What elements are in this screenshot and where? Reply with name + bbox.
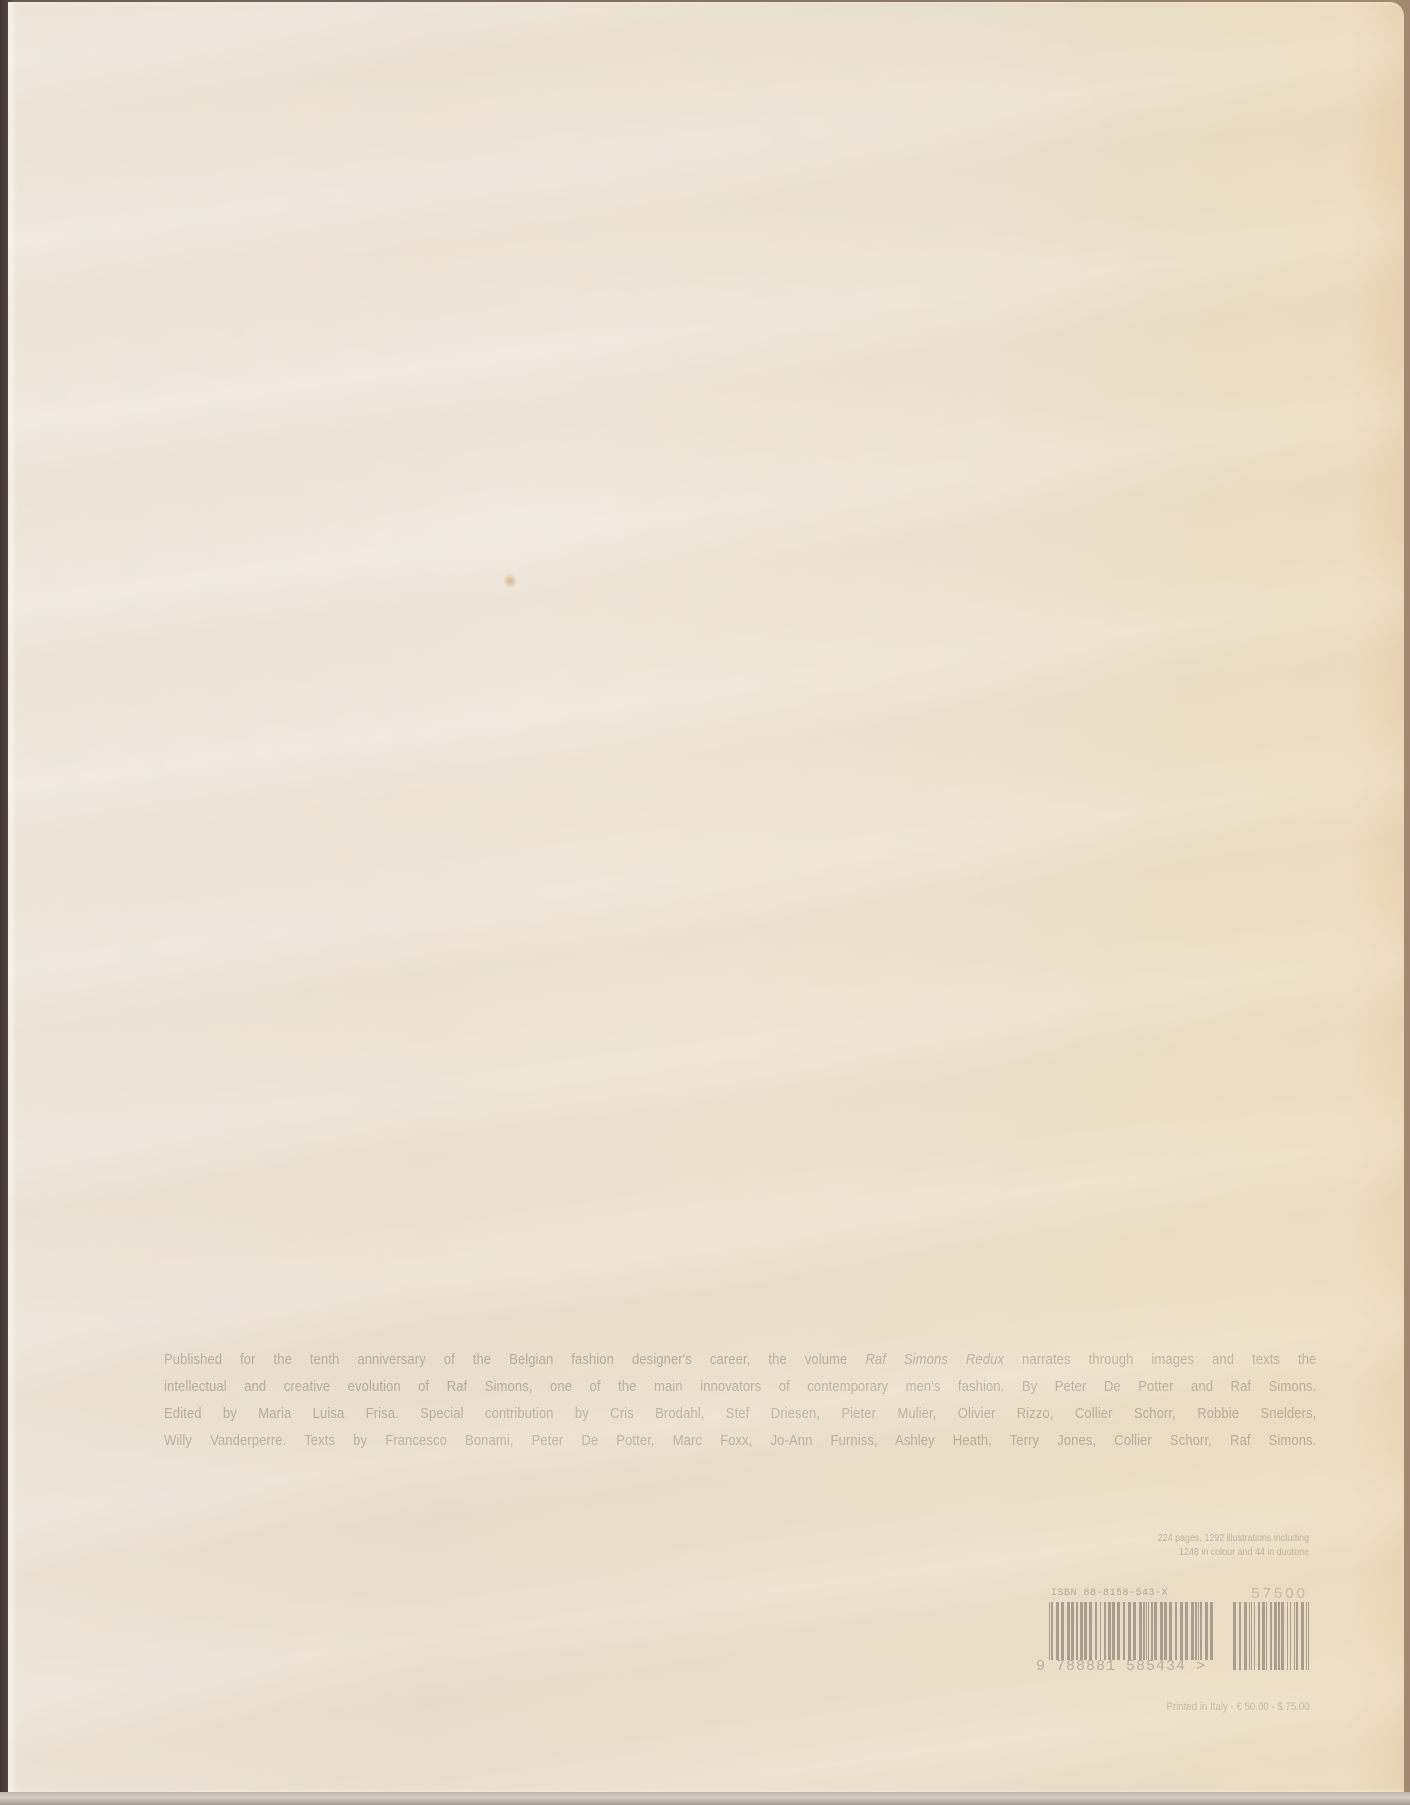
barcode-addon-icon [1233, 1602, 1309, 1670]
price-line: Printed in Italy - € 50.00 - $ 75.00 [1167, 1701, 1310, 1713]
barcode-icon [1049, 1602, 1214, 1660]
blurb-text: Published for the tenth anniversary of t… [164, 1346, 1316, 1454]
blurb-line-2: intellectual and creative evolution of R… [164, 1373, 1316, 1400]
barcode-block: ISBN 88-8158-543-X 57500 9 788881 585434… [1036, 1588, 1312, 1680]
blurb-line-1: Published for the tenth anniversary of t… [164, 1346, 1316, 1373]
book-bottom-edge [0, 1792, 1410, 1805]
blurb-line-3: Edited by Maria Luisa Frisa. Special con… [164, 1400, 1316, 1427]
blurb-line-4: Willy Vanderperre. Texts by Francesco Bo… [164, 1427, 1316, 1454]
specs-line-2: 1248 in colour and 44 in duotone [1158, 1545, 1309, 1559]
book-back-cover: Published for the tenth anniversary of t… [8, 2, 1404, 1792]
book-title: Raf Simons Redux [865, 1351, 1004, 1368]
addon-code: 57500 [1251, 1585, 1308, 1602]
page-specs: 224 pages, 1292 illustrations including … [1158, 1531, 1309, 1559]
photo-surface: Published for the tenth anniversary of t… [0, 0, 1410, 1805]
ean-digits: 9 788881 585434 > [1036, 1658, 1206, 1675]
paper-stain [504, 574, 516, 588]
isbn-label: ISBN 88-8158-543-X [1051, 1588, 1168, 1599]
specs-line-1: 224 pages, 1292 illustrations including [1158, 1531, 1309, 1545]
